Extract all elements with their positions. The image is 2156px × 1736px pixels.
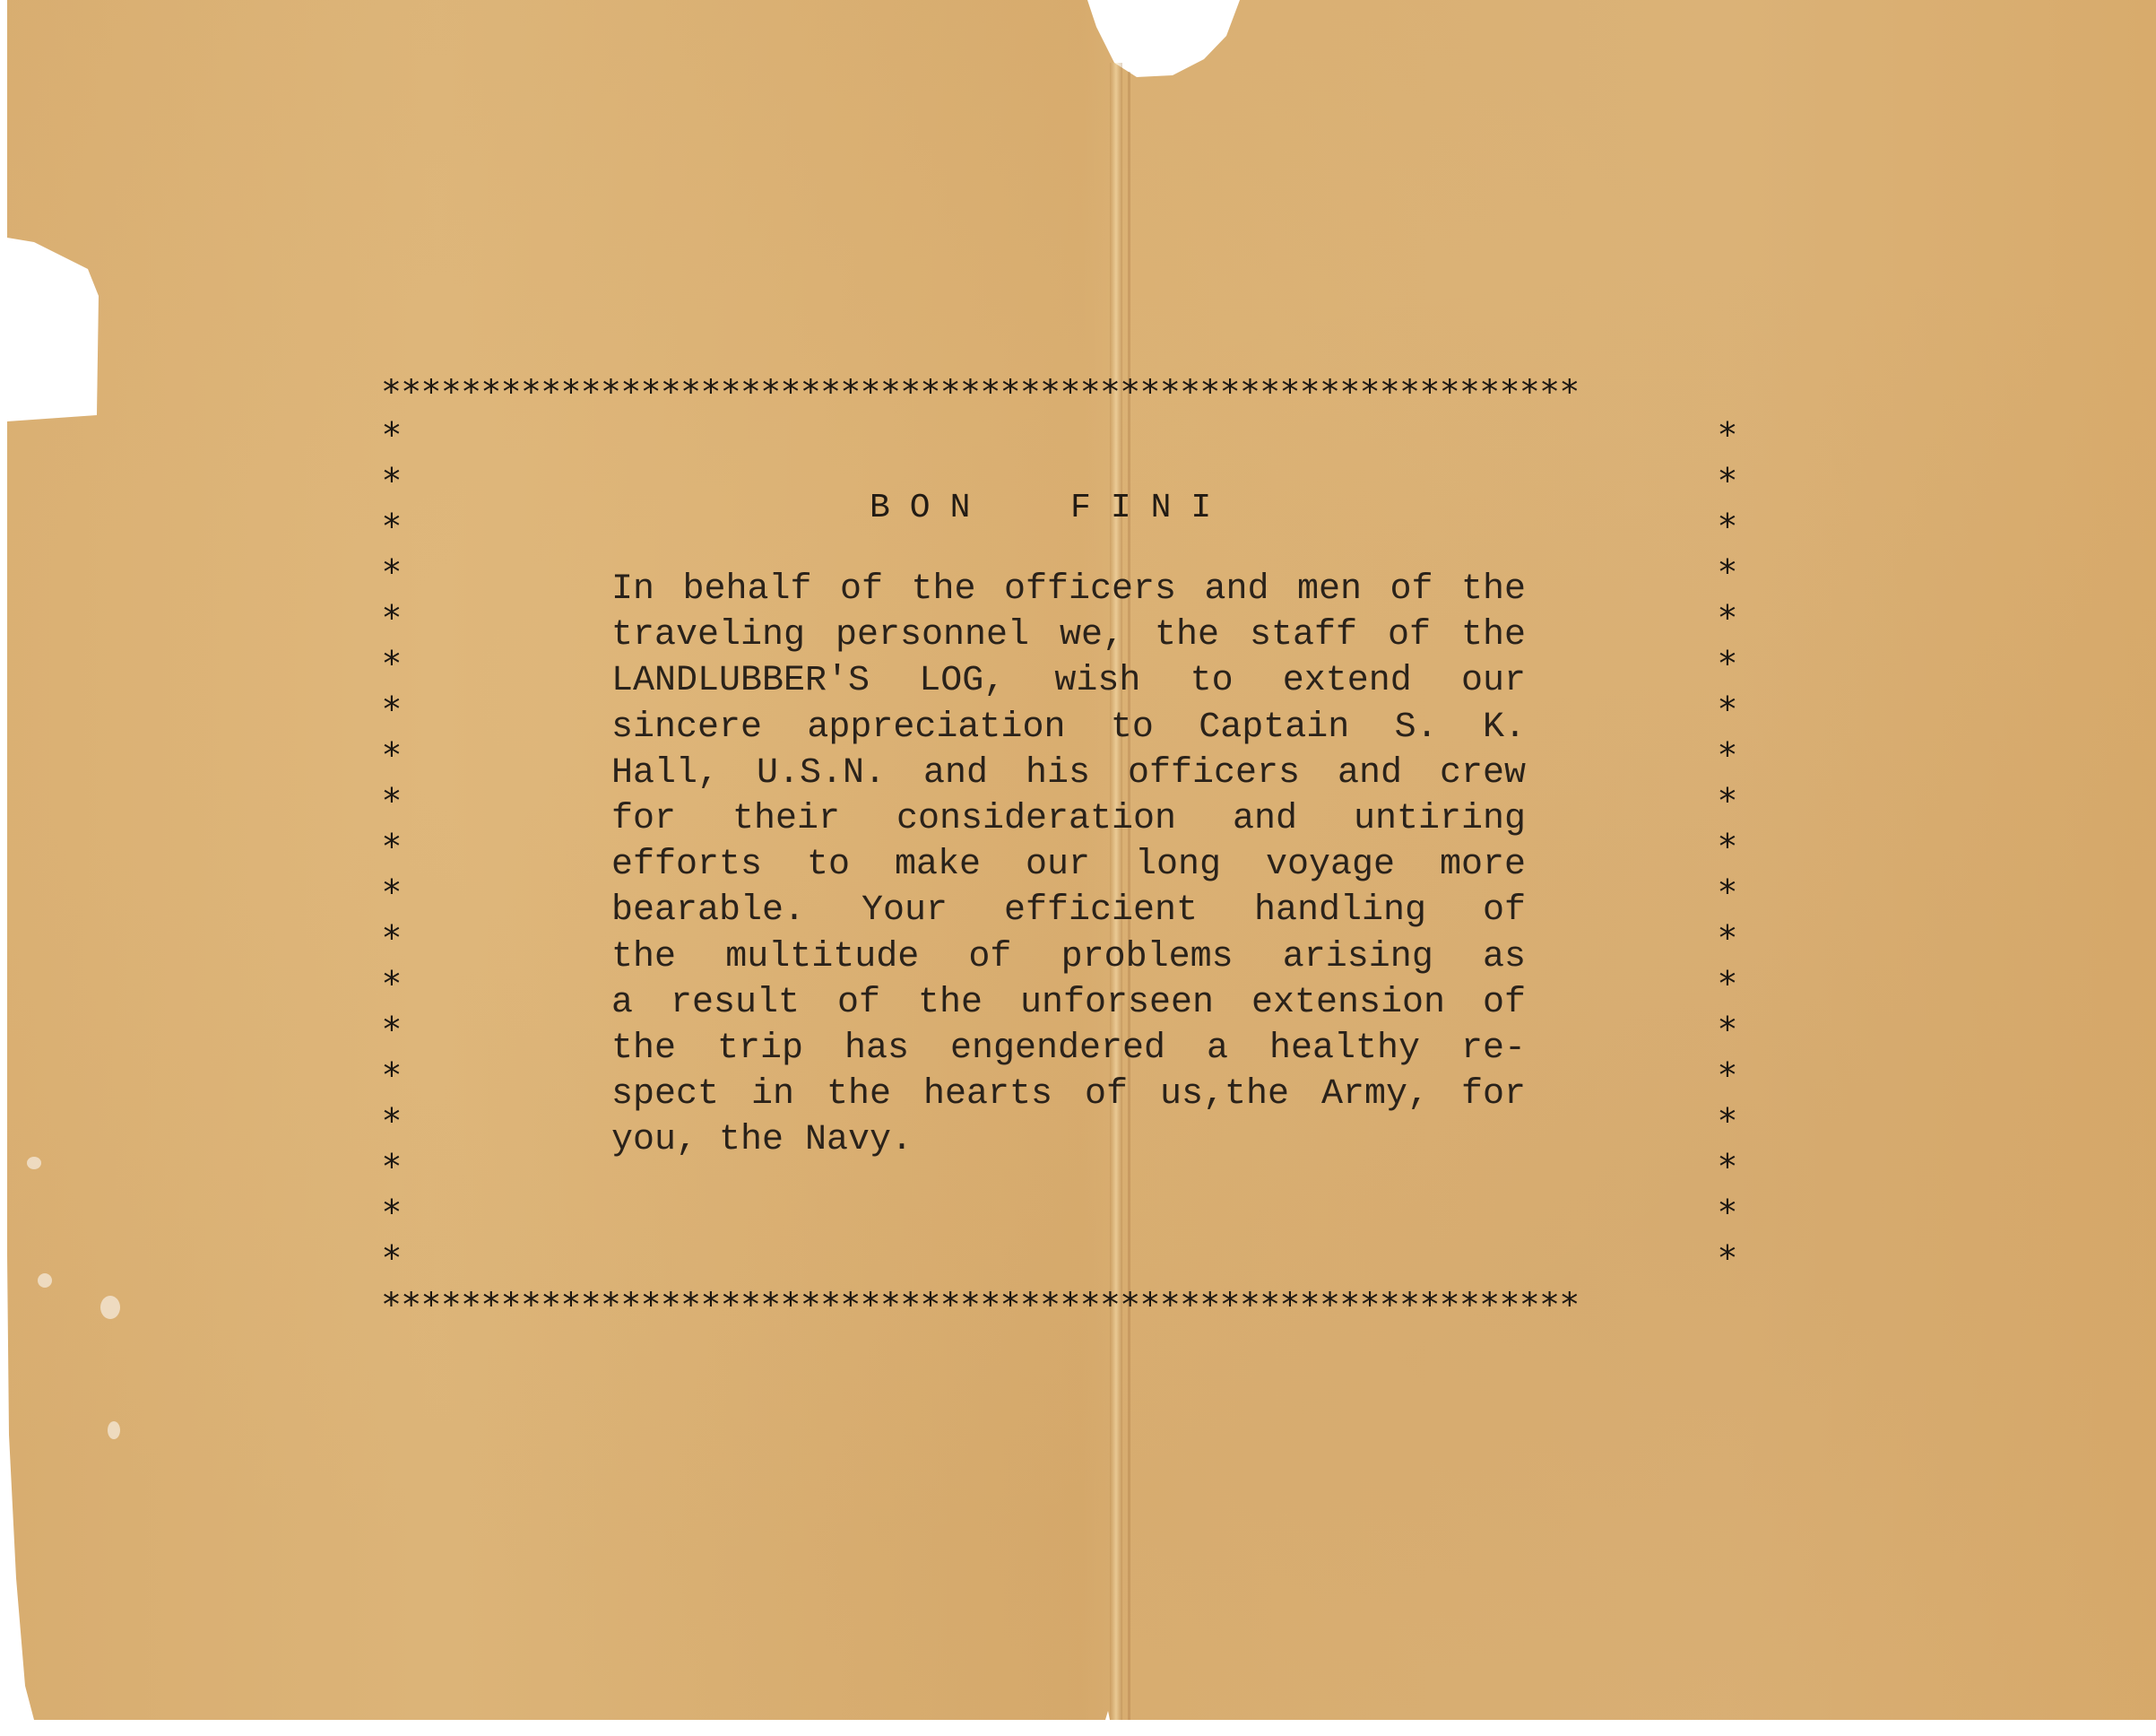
text-line: traveling personnel we, the staff of the — [611, 612, 1526, 658]
border-left: * * * * * * * * * * * * * * * * * * * — [378, 412, 405, 1281]
paper-hole — [108, 1421, 120, 1439]
text-line: LANDLUBBER'S LOG, wish to extend our — [611, 658, 1526, 704]
text-line: efforts to make our long voyage more — [611, 842, 1526, 888]
text-line: sincere appreciation to Captain S. K. — [611, 705, 1526, 751]
text-line: Hall, U.S.N. and his officers and crew — [611, 751, 1526, 796]
text-line: In behalf of the officers and men of the — [611, 567, 1526, 612]
text-line: the trip has engendered a healthy re- — [611, 1026, 1526, 1072]
border-right: * * * * * * * * * * * * * * * * * * * — [1714, 412, 1741, 1281]
text-line: spect in the hearts of us,the Army, for — [611, 1072, 1526, 1117]
paper-hole — [38, 1273, 52, 1288]
text-line: bearable. Your efficient handling of — [611, 888, 1526, 933]
text-line: the multitude of problems arising as — [611, 934, 1526, 980]
text-line: a result of the unforseen extension of — [611, 980, 1526, 1026]
document-title: BON FINI — [870, 489, 1231, 527]
body-paragraph: In behalf of the officers and men of the… — [611, 567, 1526, 1164]
border-top: ****************************************… — [381, 378, 1744, 405]
border-bottom: ****************************************… — [381, 1291, 1744, 1318]
paper-hole — [27, 1157, 41, 1169]
paper-hole — [100, 1296, 120, 1319]
text-line: you, the Navy. — [611, 1117, 1526, 1163]
text-line: for their consideration and untiring — [611, 796, 1526, 842]
